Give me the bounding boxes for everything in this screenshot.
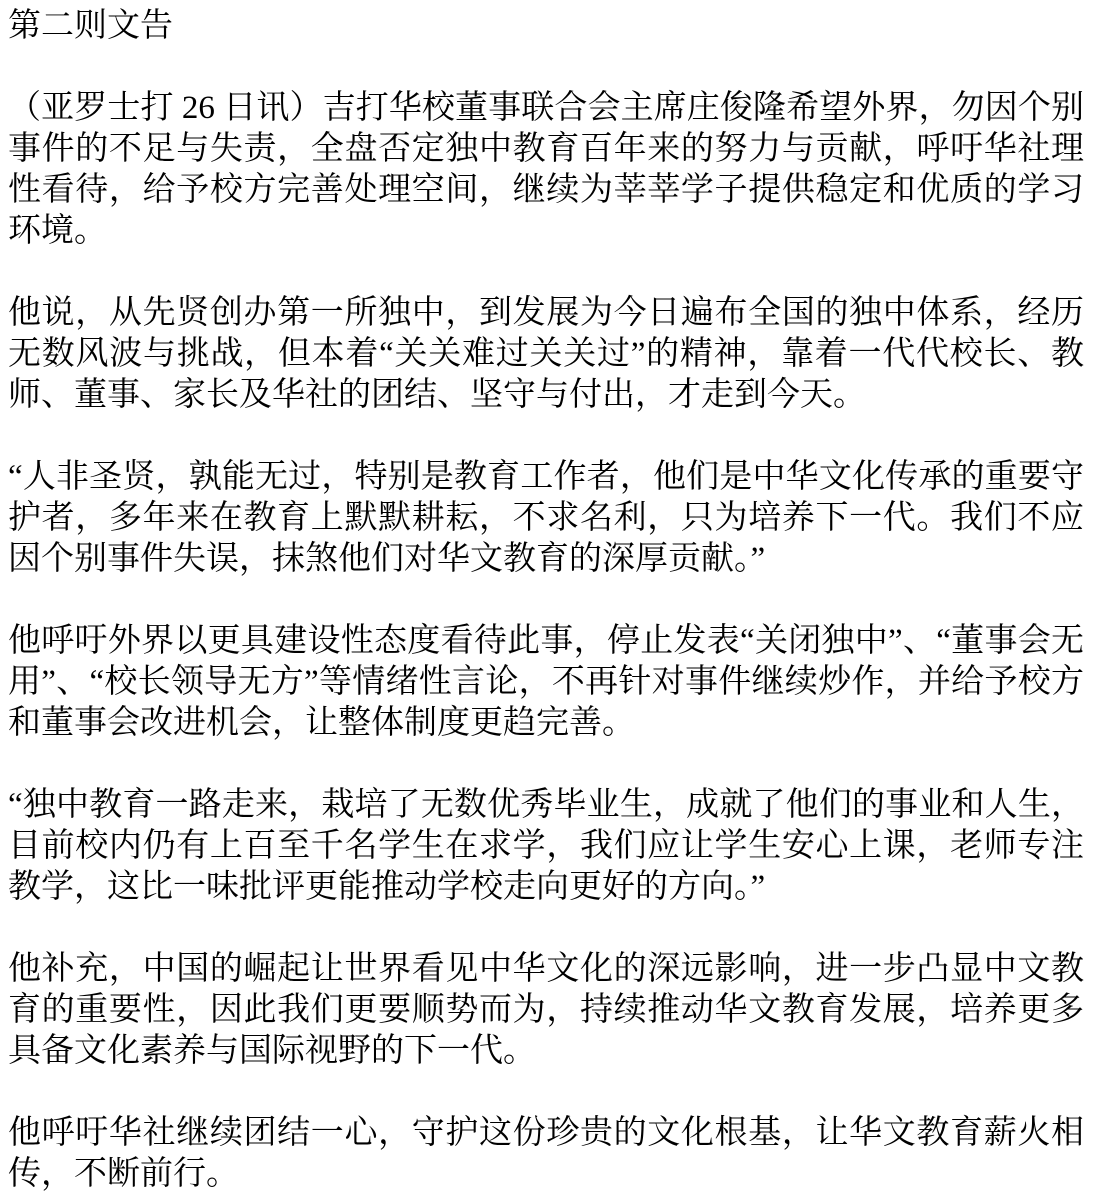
paragraph-3: “人非圣贤，孰能无过，特别是教育工作者，他们是中华文化传承的重要守护者，多年来在… <box>8 457 1084 580</box>
paragraph-2: 他说，从先贤创办第一所独中，到发展为今日遍布全国的独中体系，经历无数风波与挑战，… <box>8 293 1084 416</box>
paragraph-7: 他呼吁华社继续团结一心，守护这份珍贵的文化根基，让华文教育薪火相传，不断前行。 <box>8 1113 1084 1195</box>
document-body: （亚罗士打 26 日讯）吉打华校董事联合会主席庄俊隆希望外界，勿因个别事件的不足… <box>8 88 1084 1195</box>
document-page: 第二则文告 （亚罗士打 26 日讯）吉打华校董事联合会主席庄俊隆希望外界，勿因个… <box>0 0 1094 1200</box>
document-title: 第二则文告 <box>8 6 1084 47</box>
paragraph-6: 他补充，中国的崛起让世界看见中华文化的深远影响，进一步凸显中文教育的重要性，因此… <box>8 949 1084 1072</box>
paragraph-1: （亚罗士打 26 日讯）吉打华校董事联合会主席庄俊隆希望外界，勿因个别事件的不足… <box>8 88 1084 252</box>
paragraph-4: 他呼吁外界以更具建设性态度看待此事，停止发表“关闭独中”、“董事会无用”、“校长… <box>8 621 1084 744</box>
paragraph-5: “独中教育一路走来，栽培了无数优秀毕业生，成就了他们的事业和人生，目前校内仍有上… <box>8 785 1084 908</box>
